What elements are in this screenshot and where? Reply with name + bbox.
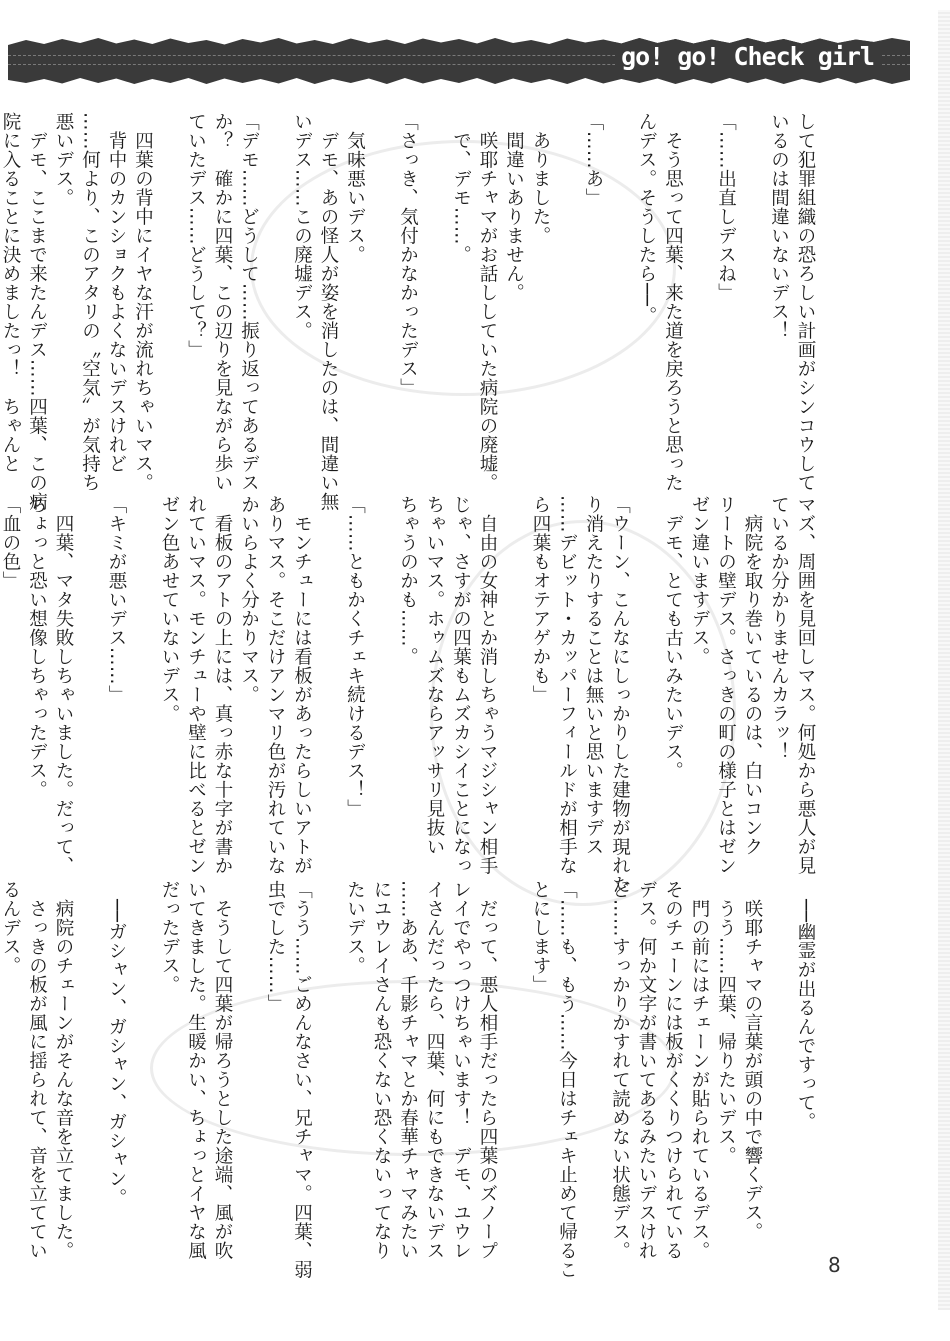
text-line [262,112,289,477]
text-line: 「……ともかくチェキ続けるデス！」 [341,495,368,860]
text-line: ありました。 [527,112,554,477]
text-line: ゼン違いますデス。 [686,495,713,860]
text-line: 悪いデス。 [50,112,77,477]
text-line: ──ガシャン、ガシャン、ガシャン。 [103,880,130,1240]
text-line: 自由の女神とか消しちゃうマジシャン相手 [474,495,501,860]
text-line: ──幽霊が出るんですって。 [792,880,819,1240]
text-line: うう……四葉、帰りたいデス。 [712,880,739,1240]
text-line [606,112,633,477]
text-line [580,880,607,1240]
text-line: ……デビット・カッパーフィールドが相手な [553,495,580,860]
text-line: り消えたりすることは無いと思いますデス [580,495,607,860]
text-line: さっきの板が風に揺られて、音を立ててい [23,880,50,1240]
text-line: 病院のチェーンがそんな音を立てました。 [50,880,77,1240]
text-line: いデス……この廃墟デス。 [288,112,315,477]
text-line [553,112,580,477]
header-banner: go! go! Check girl [8,36,910,86]
text-line: れていマス。モンチューや壁に比べるとゼン [182,495,209,860]
text-line: ありマス。そこだけアンマリ色が汚れていな [262,495,289,860]
text-line: 「デモ……どうして……振り返ってあるデス [235,112,262,477]
text-line: ちゃうのかも……。 [394,495,421,860]
text-line: 「キミが悪いデス……」 [103,495,130,860]
text-line [739,112,766,477]
text-line: いてきました。生暖かい、ちょっとイヤな風 [182,880,209,1240]
text-line: じゃ、さすがの四葉もムズカシイことになっ [447,495,474,860]
text-line: ちょっと恐い想像しちゃったデス。 [23,495,50,860]
text-band-bottom: ──幽霊が出るんですって。 咲耶チャマの言葉が頭の中で響くデス。 うう……四葉、… [88,880,818,1240]
text-line: ていたデス……どうして？」 [182,112,209,477]
text-line [156,112,183,477]
text-line [500,880,527,1240]
text-line: 「さっき、気付かなかったデス」 [394,112,421,477]
text-line: そう思って四葉、来た道を戻ろうと思った [659,112,686,477]
text-band-middle: マズ、周囲を見回しマス。何処から悪人が見ているか分かりませんカラッ！ 病院を取り… [88,495,818,860]
text-line [421,112,448,477]
text-line: 門の前にはチェーンが貼られているデス。 [686,880,713,1240]
text-line: マズ、周囲を見回しマス。何処から悪人が見 [792,495,819,860]
text-line: たいデス。 [341,880,368,1240]
text-line: ど……すっかりかすれて読めない状態デス。 [606,880,633,1240]
text-line: ら四葉もオテアゲかも」 [527,495,554,860]
text-line [129,880,156,1240]
text-line: デモ、とても古いみたいデス。 [659,495,686,860]
text-line: 看板のアトの上には、真っ赤な十字が書か [209,495,236,860]
text-line: 院に入ることに決めましたっ！ ちゃんと [0,112,23,477]
text-line: か？ 確かに四葉、この辺りを見ながら歩い [209,112,236,477]
text-line [235,880,262,1240]
text-line: で、デモ……。 [447,112,474,477]
text-line: して犯罪組織の恐ろしい計画がシンコウして [792,112,819,477]
text-line: 四葉の背中にイヤな汗が流れちゃいマス。 [129,112,156,477]
text-line: ……何より、このアタリの〝空気〟が気持ち [76,112,103,477]
text-line: かいらよく分かりマス。 [235,495,262,860]
text-line: 「……あ」 [580,112,607,477]
text-line: デス。何か文字が書いてあるみたいデスけれ [633,880,660,1240]
text-line: 虫でした……」 [262,880,289,1240]
text-line: デモ、あの怪人が姿を消したのは、間違い無 [315,112,342,477]
text-line: そうして四葉が帰ろうとした途端、風が吹 [209,880,236,1240]
text-line: 「血の色」 [0,495,23,860]
text-line [368,495,395,860]
text-line [76,495,103,860]
text-line: 咲耶チャマの言葉が頭の中で響くデス。 [739,880,766,1240]
text-line: いるのは間違いないデス！ [765,112,792,477]
text-line [686,112,713,477]
text-line: リートの壁デス。さっきの町の様子とはゼン [712,495,739,860]
text-line: 背中のカンショクもよくないデスけれど [103,112,130,477]
text-line: 間違いありません。 [500,112,527,477]
text-line: 気味悪いデス。 [341,112,368,477]
page-title: go! go! Check girl [615,38,880,75]
text-line: ……ああ、千影チャマとか春華チャマみたい [394,880,421,1240]
text-line: 「……出直しデスね」 [712,112,739,477]
text-line: だって、悪人相手だったら四葉のズノープ [474,880,501,1240]
text-line: 咲耶チャマがお話ししていた病院の廃墟。 [474,112,501,477]
text-line: レイでやっつけちゃいます！ デモ、ユウレ [447,880,474,1240]
text-line: だったデス。 [156,880,183,1240]
text-line: ゼン色あせていないデス。 [156,495,183,860]
text-line [500,495,527,860]
text-line: ちゃいマス。ホゥムズならアッサリ見抜い [421,495,448,860]
text-line: イさんだったら、四葉、何にもできないデス [421,880,448,1240]
text-line: 「うう……ごめんなさい、兄チャマ。四葉、弱 [288,880,315,1240]
text-line: にユウレイさんも恐くない恐くないってなり [368,880,395,1240]
text-line [765,880,792,1240]
text-line [633,495,660,860]
text-line [315,880,342,1240]
text-line [129,495,156,860]
text-band-top: して犯罪組織の恐ろしい計画がシンコウしているのは間違いないデス！ 「……出直しデ… [88,112,818,477]
text-line: 「……も、もう……今日はチェキ止めて帰るこ [553,880,580,1240]
text-line: んデス。そうしたら──。 [633,112,660,477]
text-line: るんデス。 [0,880,23,1240]
text-line [315,495,342,860]
text-line: そのチェーンには板がくくりつけられている [659,880,686,1240]
text-line: 病院を取り巻いているのは、白いコンク [739,495,766,860]
text-line [368,112,395,477]
scan-edge [938,10,950,1310]
text-line: 四葉、マタ失敗しちゃいました。だって、 [50,495,77,860]
text-line: モンチューには看板があったらしいアトが [288,495,315,860]
text-line: ているか分かりませんカラッ！ [765,495,792,860]
text-line: デモ、ここまで来たんデス……四葉、この病 [23,112,50,477]
page-number: 8 [828,1253,841,1277]
text-line [76,880,103,1240]
text-line: 「ウーン、こんなにしっかりした建物が現れた [606,495,633,860]
text-line: とにします」 [527,880,554,1240]
